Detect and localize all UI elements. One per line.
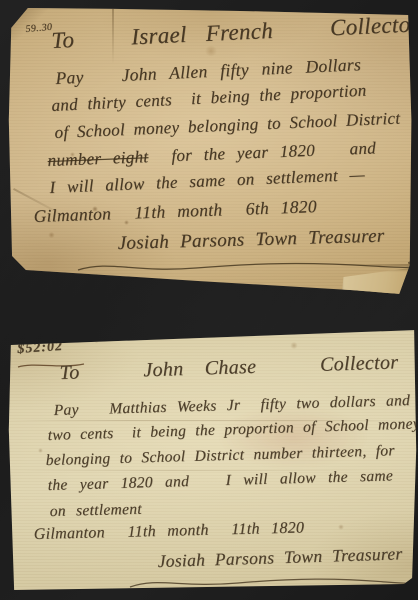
- document-israel-french: 59..30 To Israel French Collector Pay Jo…: [8, 6, 413, 298]
- foxing-spot: [48, 232, 55, 238]
- body-line: the year 1820 and I will allow the same: [47, 467, 393, 495]
- body-line: of School money belonging to School Dist…: [54, 109, 401, 143]
- body-line: I will allow the same on settlement —: [49, 165, 365, 198]
- signature-line: Josiah Parsons Town Treasurer: [117, 226, 384, 255]
- foxing-spot: [290, 342, 298, 349]
- signature-underline-flourish: [128, 574, 418, 590]
- dateline: Gilmanton 11th month 11th 1820: [34, 519, 305, 544]
- scan-background: 59..30 To Israel French Collector Pay Jo…: [0, 0, 418, 600]
- body-line-rest: for the year 1820 and: [148, 138, 376, 166]
- foxing-spot: [94, 338, 99, 343]
- folded-corner: [342, 268, 413, 298]
- signature-underline-flourish: [76, 258, 412, 274]
- crease: [338, 264, 414, 266]
- heading-line: To Israel French Collector: [51, 11, 418, 54]
- foxing-spot: [204, 46, 218, 56]
- dateline: Gilmanton 11th month 6th 1820: [33, 196, 317, 227]
- heading-line: To John Chase Collector: [59, 351, 398, 385]
- foxing-spot: [38, 448, 43, 453]
- amount-annotation: $52:02: [17, 339, 64, 358]
- amount-annotation: 59..30: [25, 22, 53, 35]
- body-line: on settlement: [50, 501, 143, 521]
- signature-line: Josiah Parsons Town Treasurer: [157, 543, 402, 572]
- foxing-spot: [338, 524, 344, 530]
- document-john-chase: $52:02 To John Chase Collector Pay Matth…: [8, 328, 417, 590]
- struck-words: number eight: [47, 147, 148, 170]
